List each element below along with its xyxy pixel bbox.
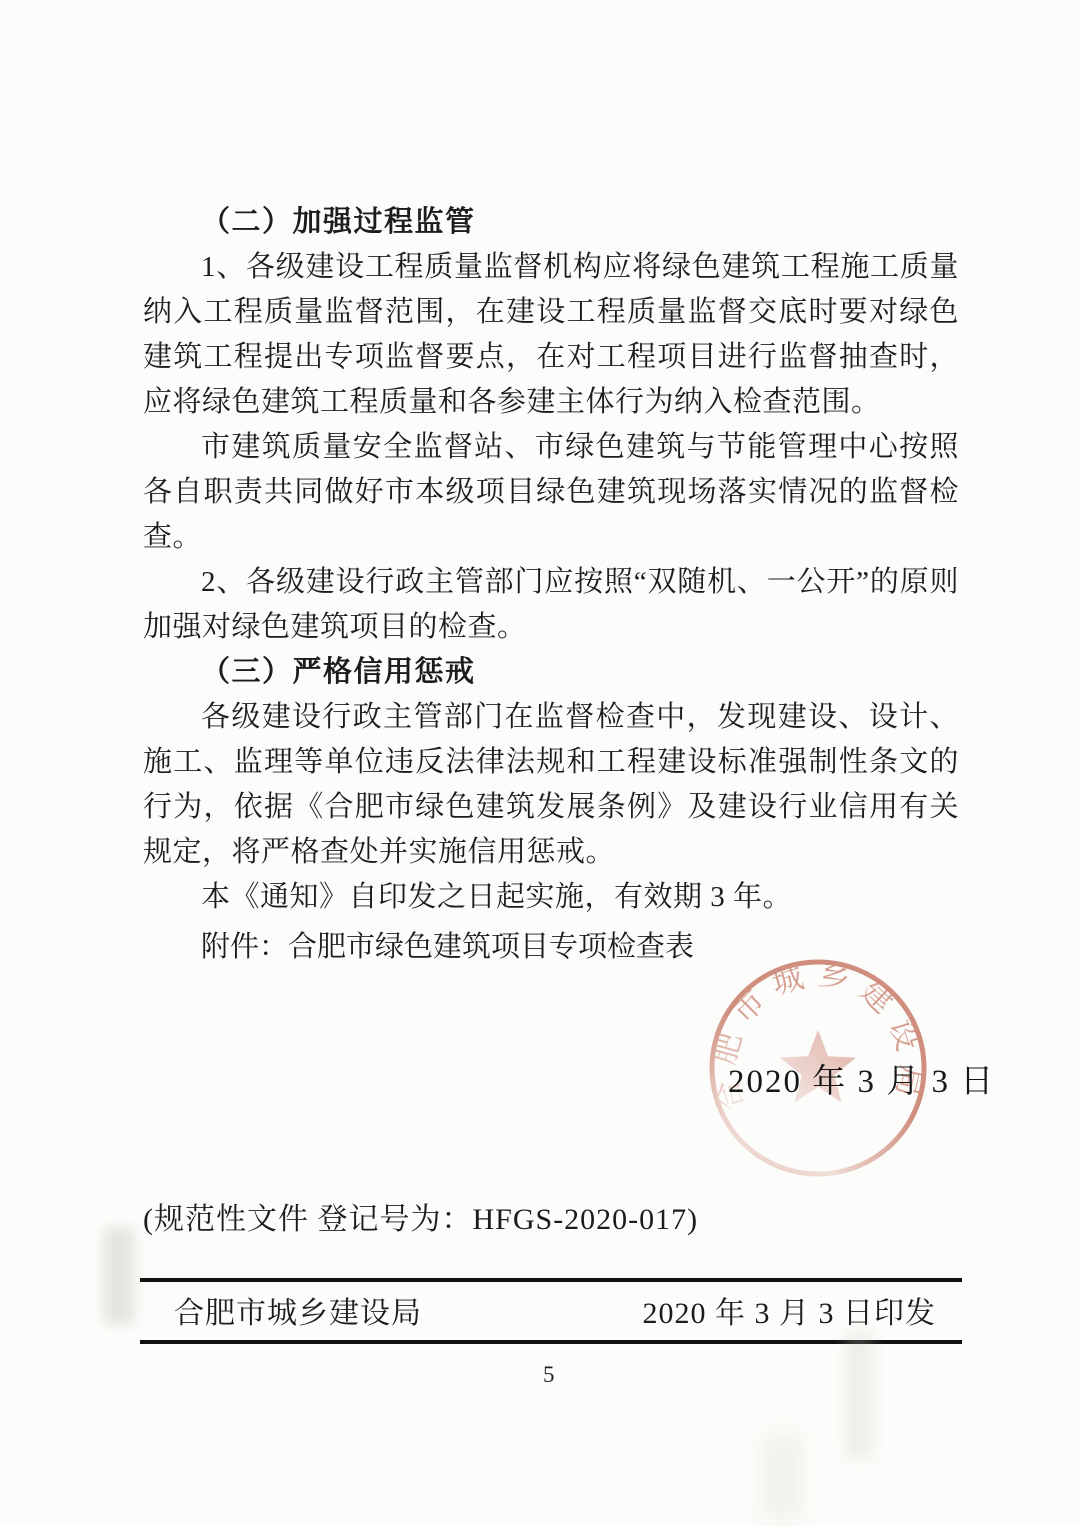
footer-print-date: 2020 年 3 月 3 日印发	[643, 1294, 937, 1334]
footer-row: 合肥市城乡建设局 2020 年 3 月 3 日印发	[140, 1294, 962, 1334]
issue-date: 2020 年 3 月 3 日	[728, 1062, 995, 1102]
body-paragraph: 市建筑质量安全监督站、市绿色建筑与节能管理中心按照各自职责共同做好市本级项目绿色…	[143, 425, 959, 560]
section-heading: （二）加强过程监管	[143, 200, 959, 245]
section-heading: （三）严格信用惩戒	[143, 650, 959, 695]
body-paragraph: 各级建设行政主管部门在监督检查中，发现建设、设计、施工、监理等单位违反法律法规和…	[143, 695, 959, 875]
footer-rule-top	[140, 1278, 962, 1282]
scan-smudge-left	[104, 1228, 134, 1324]
footer-issuer: 合肥市城乡建设局	[174, 1294, 422, 1334]
body-paragraph: 本《通知》自印发之日起实施，有效期 3 年。	[143, 875, 959, 920]
document-page: （二）加强过程监管1、各级建设工程质量监督机构应将绿色建筑工程施工质量纳入工程质…	[0, 0, 1080, 1526]
body-paragraph: 1、各级建设工程质量监督机构应将绿色建筑工程施工质量纳入工程质量监督范围，在建设…	[143, 245, 959, 425]
body-paragraph: 2、各级建设行政主管部门应按照“双随机、一公开”的原则加强对绿色建筑项目的检查。	[143, 560, 959, 650]
page-number: 5	[543, 1362, 555, 1388]
scan-streak-right	[846, 1332, 872, 1458]
document-body: （二）加强过程监管1、各级建设工程质量监督机构应将绿色建筑工程施工质量纳入工程质…	[143, 200, 959, 920]
registration-note: (规范性文件 登记号为：HFGS-2020-017)	[143, 1198, 698, 1242]
footer-rule-bottom	[140, 1340, 962, 1344]
scan-smudge-bottom	[762, 1434, 802, 1520]
